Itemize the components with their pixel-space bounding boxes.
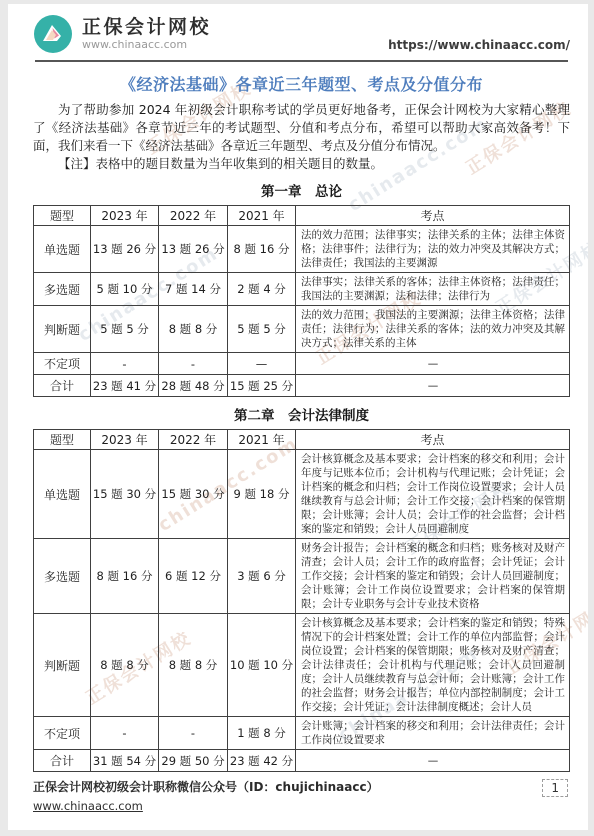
document-page: 正保会计网校 chinaacc.com 正保会计网校 chinaacc.com …	[8, 4, 588, 830]
page-footer: 正保会计网校初级会计职称微信公众号（ID：chujichinaacc） www.…	[33, 779, 570, 815]
score-cell: 23 题 41 分	[91, 375, 159, 397]
score-cell: —	[228, 353, 296, 375]
score-cell: 23 题 42 分	[228, 750, 296, 772]
table-row: 合计23 题 41 分28 题 48 分15 题 25 分—	[34, 375, 570, 397]
table-row: 单选题13 题 26 分13 题 26 分8 题 16 分法的效力范围；法律事实…	[34, 226, 570, 273]
table-header-cell: 2023 年	[91, 206, 159, 226]
question-type-cell: 判断题	[34, 614, 91, 717]
table-header-cell: 2021 年	[228, 206, 296, 226]
question-type-cell: 不定项	[34, 353, 91, 375]
brand-site: www.chinaacc.com	[82, 38, 211, 52]
key-points-cell: 法的效力范围；法律事实；法律关系的主体；法律主体资格；法律事件；法律行为；法的效…	[296, 226, 570, 273]
key-points-cell: 会计账簿；会计档案的移交和利用；会计法律责任；会计工作岗位设置要求	[296, 717, 570, 750]
table-row: 不定项--——	[34, 353, 570, 375]
note-paragraph: 【注】表格中的题目数量为当年收集到的相关题目的数量。	[33, 155, 570, 173]
score-cell: -	[91, 353, 159, 375]
chapter-1-table: 题型2023 年2022 年2021 年考点单选题13 题 26 分13 题 2…	[33, 205, 570, 397]
key-points-cell: 会计核算概念及基本要求；会计档案的鉴定和销毁；特殊情况下的会计档案处置；会计工作…	[296, 614, 570, 717]
question-type-cell: 多选题	[34, 539, 91, 614]
score-cell: 1 题 8 分	[228, 717, 296, 750]
table-header-row: 题型2023 年2022 年2021 年考点	[34, 430, 570, 450]
table-row: 单选题15 题 30 分15 题 30 分9 题 18 分会计核算概念及基本要求…	[34, 450, 570, 539]
table-header-cell: 题型	[34, 206, 91, 226]
question-type-cell: 合计	[34, 750, 91, 772]
score-cell: 9 题 18 分	[228, 450, 296, 539]
score-cell: 8 题 8 分	[159, 614, 228, 717]
table-header-cell: 2022 年	[159, 206, 228, 226]
score-cell: 8 题 8 分	[91, 614, 159, 717]
score-cell: 15 题 30 分	[159, 450, 228, 539]
brand-text: 正保会计网校 www.chinaacc.com	[82, 16, 211, 52]
chapter-2-heading: 第二章 会计法律制度	[33, 404, 570, 424]
score-cell: 5 题 10 分	[91, 273, 159, 306]
table-row: 不定项--1 题 8 分会计账簿；会计档案的移交和利用；会计法律责任；会计工作岗…	[34, 717, 570, 750]
table-header-cell: 2023 年	[91, 430, 159, 450]
question-type-cell: 单选题	[34, 226, 91, 273]
score-cell: -	[159, 717, 228, 750]
question-type-cell: 合计	[34, 375, 91, 397]
table-header-cell: 题型	[34, 430, 91, 450]
key-points-cell: —	[296, 353, 570, 375]
table-row: 合计31 题 54 分29 题 50 分23 题 42 分—	[34, 750, 570, 772]
footer-text-block: 正保会计网校初级会计职称微信公众号（ID：chujichinaacc） www.…	[33, 779, 379, 815]
table-header-cell: 考点	[296, 430, 570, 450]
table-header-cell: 2022 年	[159, 430, 228, 450]
page-header: 正保会计网校 www.chinaacc.com https://www.chin…	[33, 4, 570, 58]
key-points-cell: —	[296, 375, 570, 397]
score-cell: 5 题 5 分	[228, 306, 296, 353]
score-cell: 2 题 4 分	[228, 273, 296, 306]
score-cell: 3 题 6 分	[228, 539, 296, 614]
score-cell: -	[91, 717, 159, 750]
score-cell: 15 题 30 分	[91, 450, 159, 539]
score-cell: 28 题 48 分	[159, 375, 228, 397]
score-cell: 29 题 50 分	[159, 750, 228, 772]
table-header-cell: 考点	[296, 206, 570, 226]
table-row: 判断题8 题 8 分8 题 8 分10 题 10 分会计核算概念及基本要求；会计…	[34, 614, 570, 717]
chapter-1-heading: 第一章 总论	[33, 180, 570, 200]
question-type-cell: 单选题	[34, 450, 91, 539]
score-cell: 13 题 26 分	[91, 226, 159, 273]
chinaacc-logo-icon	[33, 14, 73, 54]
header-divider	[35, 60, 568, 62]
score-cell: 15 题 25 分	[228, 375, 296, 397]
score-cell: 10 题 10 分	[228, 614, 296, 717]
header-url: https://www.chinaacc.com/	[388, 38, 570, 54]
score-cell: -	[159, 353, 228, 375]
footer-site-link[interactable]: www.chinaacc.com	[33, 798, 143, 815]
brand-name: 正保会计网校	[82, 16, 211, 38]
table-row: 多选题5 题 10 分7 题 14 分2 题 4 分法律事实；法律关系的客体；法…	[34, 273, 570, 306]
footer-wechat-line: 正保会计网校初级会计职称微信公众号（ID：chujichinaacc）	[33, 779, 379, 795]
key-points-cell: 财务会计报告；会计档案的概念和归档；账务核对及财产清查；会计人员；会计工作的政府…	[296, 539, 570, 614]
score-cell: 6 题 12 分	[159, 539, 228, 614]
page-number: 1	[542, 779, 568, 797]
question-type-cell: 判断题	[34, 306, 91, 353]
question-type-cell: 多选题	[34, 273, 91, 306]
score-cell: 8 题 16 分	[228, 226, 296, 273]
intro-paragraph: 为了帮助参加 2024 年初级会计职称考试的学员更好地备考，正保会计网校为大家精…	[33, 101, 570, 155]
key-points-cell: —	[296, 750, 570, 772]
score-cell: 13 题 26 分	[159, 226, 228, 273]
score-cell: 8 题 8 分	[159, 306, 228, 353]
score-cell: 7 题 14 分	[159, 273, 228, 306]
score-cell: 5 题 5 分	[91, 306, 159, 353]
chapter-2-table: 题型2023 年2022 年2021 年考点单选题15 题 30 分15 题 3…	[33, 429, 570, 772]
score-cell: 8 题 16 分	[91, 539, 159, 614]
table-header-cell: 2021 年	[228, 430, 296, 450]
table-row: 判断题5 题 5 分8 题 8 分5 题 5 分法的效力范围；我国法的主要渊源；…	[34, 306, 570, 353]
key-points-cell: 法律事实；法律关系的客体；法律主体资格；法律责任；我国法的主要渊源；法和法律；法…	[296, 273, 570, 306]
document-title: 《经济法基础》各章近三年题型、考点及分值分布	[33, 72, 570, 95]
question-type-cell: 不定项	[34, 717, 91, 750]
key-points-cell: 法的效力范围；我国法的主要渊源；法律主体资格；法律责任；法律行为；法律关系的客体…	[296, 306, 570, 353]
table-row: 多选题8 题 16 分6 题 12 分3 题 6 分财务会计报告；会计档案的概念…	[34, 539, 570, 614]
brand-block: 正保会计网校 www.chinaacc.com	[33, 14, 211, 54]
key-points-cell: 会计核算概念及基本要求；会计档案的移交和利用；会计年度与记账本位币；会计机构与代…	[296, 450, 570, 539]
table-header-row: 题型2023 年2022 年2021 年考点	[34, 206, 570, 226]
score-cell: 31 题 54 分	[91, 750, 159, 772]
